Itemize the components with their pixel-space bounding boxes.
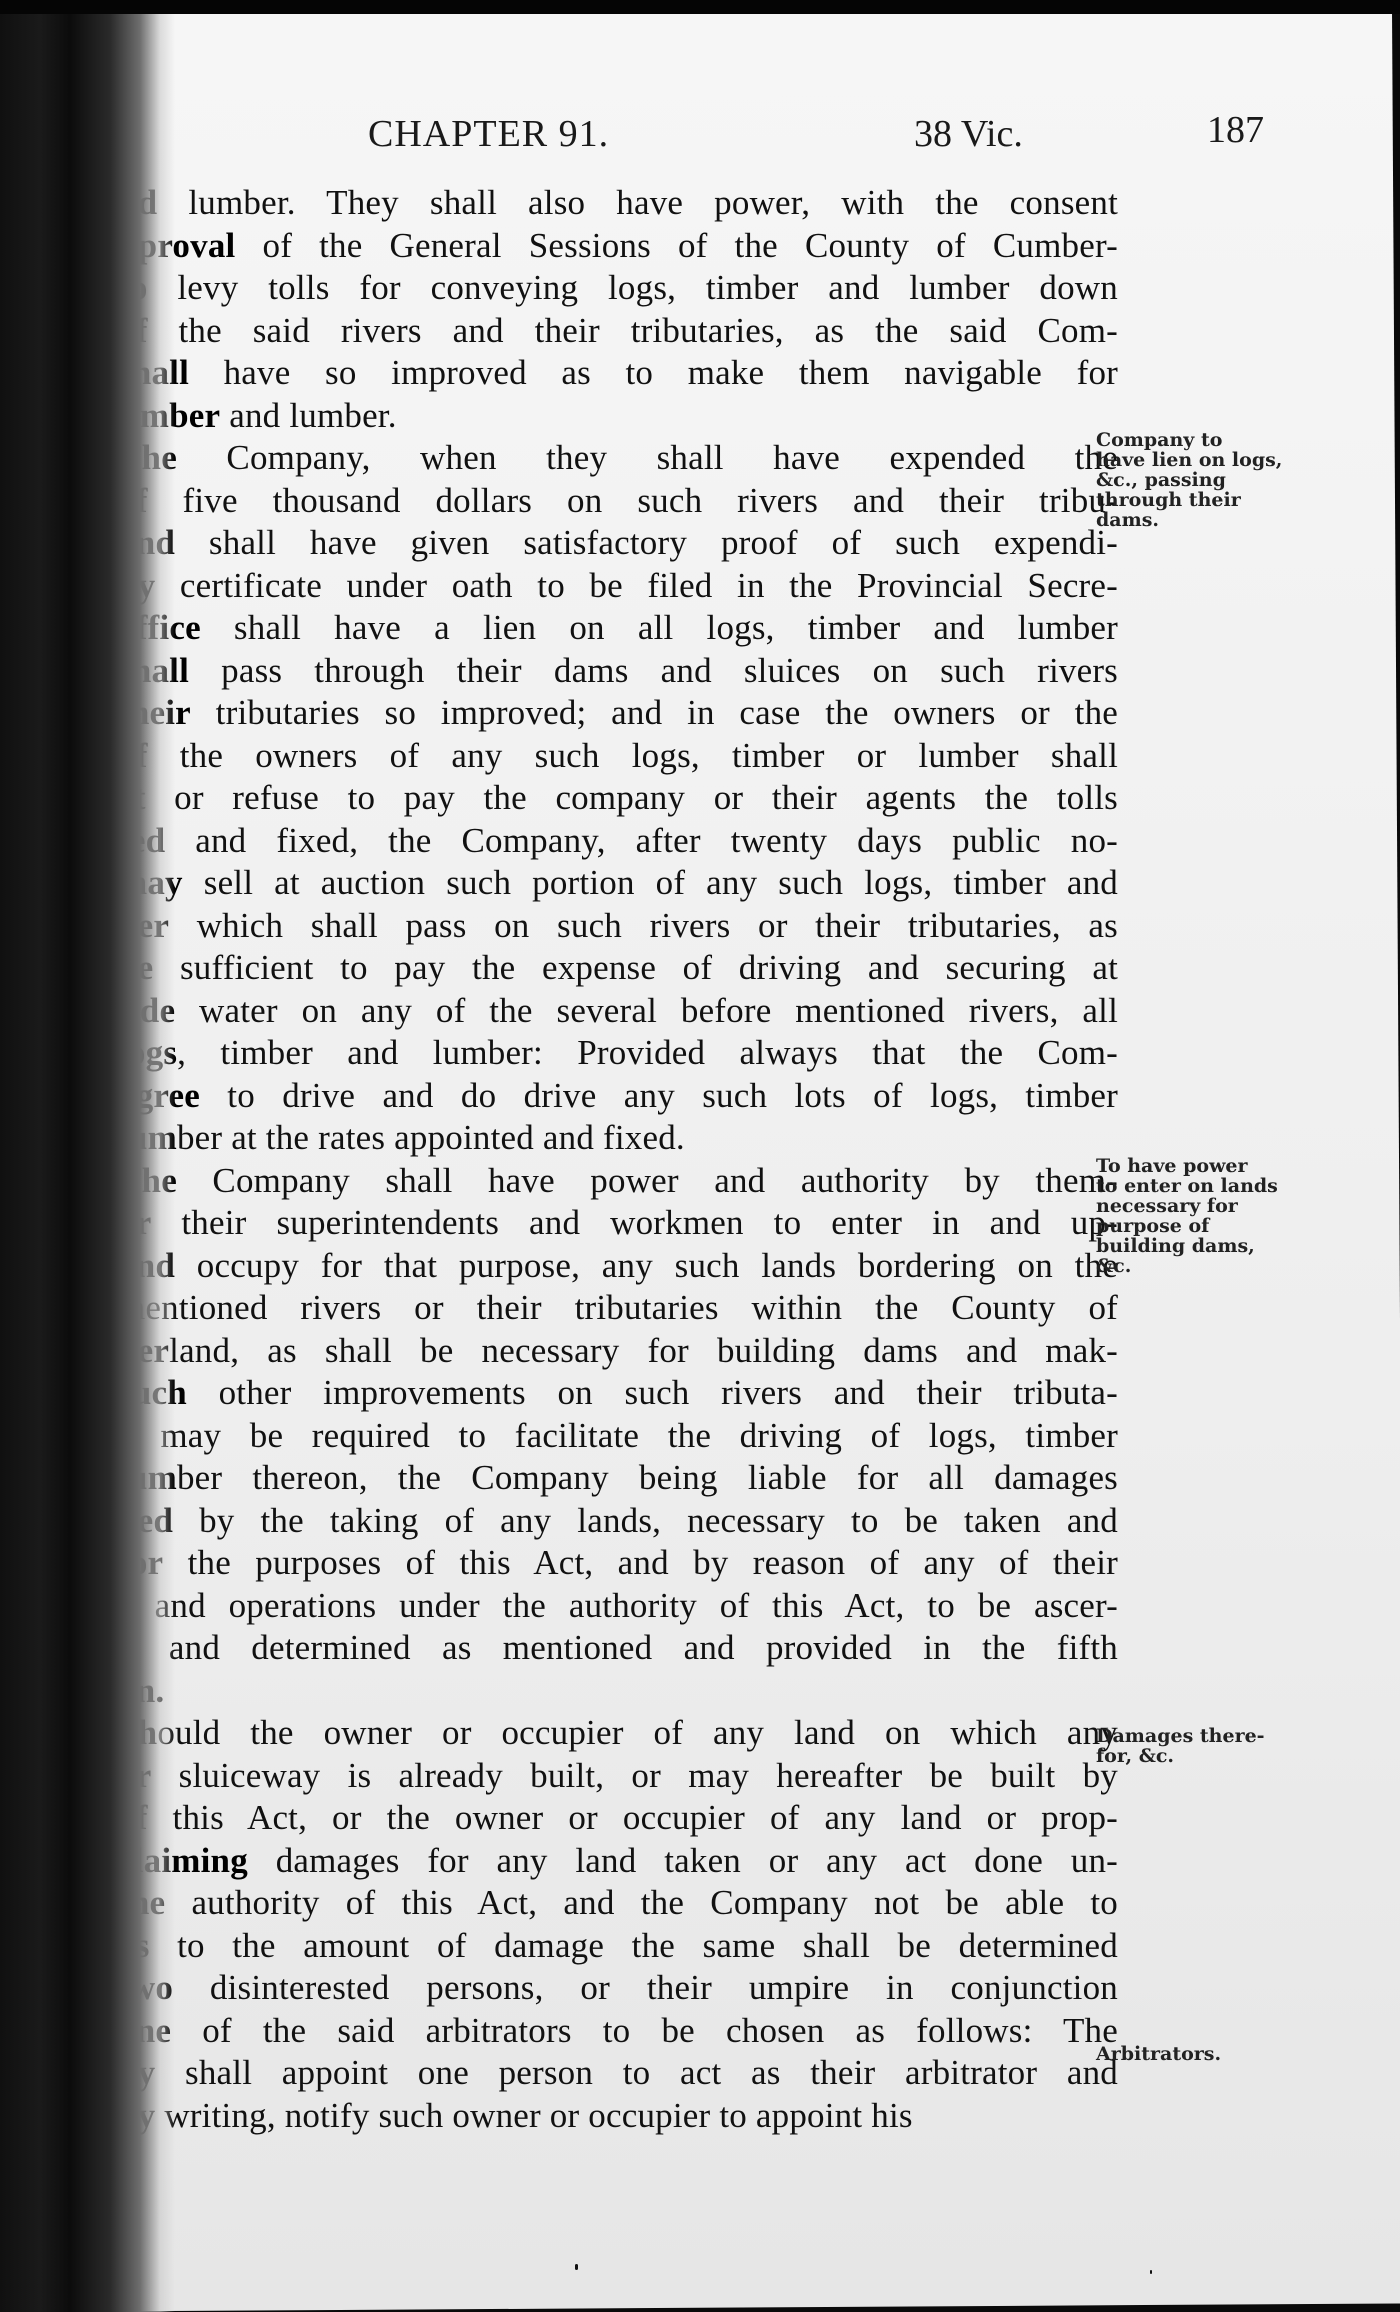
text-line: d and determined as mentioned and provid… [118,1627,1118,1670]
paper-speck [575,2264,578,2270]
line-text: or refuse to pay the company or their ag… [146,778,1118,817]
line-text: Company shall have power and authority b… [177,1161,1118,1200]
gutter-obscured-word: and [118,1246,175,1285]
text-line: pproval of the General Sessions of the C… [118,225,1118,268]
text-line: timber and lumber. [118,395,1118,438]
running-header: 18 CHAPTER 91. 38 Vic. 187 [0,108,1400,158]
text-line: Should the owner or occupier of any land… [118,1712,1118,1755]
gutter-obscured-word: by [118,566,155,605]
gutter-obscured-word: or [118,1203,151,1242]
text-line: nd lumber. They shall also have power, w… [118,182,1118,225]
text-line: of the owners of any such logs, timber o… [118,735,1118,778]
text-line: by writing, notify such owner or occupie… [118,2095,1118,2138]
margin-note-line: &c., passing [1096,470,1316,490]
line-text: ber thereon, the Company being liable fo… [177,1458,1118,1497]
margin-note-line: to enter on lands [1096,1176,1316,1196]
line-text: sell at auction such portion of any such… [183,863,1118,902]
gutter-obscured-word: one [118,2011,171,2050]
gutter-obscured-word: ct [118,778,146,817]
text-line: ned by the taking of any lands, necessar… [118,1500,1118,1543]
gutter-obscured-word: s [118,1416,132,1455]
margin-note-arbitrators: Arbitrators. [1096,2044,1316,2064]
gutter-obscured-word: tide [118,991,175,1030]
text-line: The Company shall have power and authori… [118,1160,1118,1203]
text-line: ct or refuse to pay the company or their… [118,777,1118,820]
line-text: , timber and lumber: Provided always tha… [177,1033,1118,1072]
gutter-obscured-word: Sh [118,1713,157,1752]
regnal-year: 38 Vic. [914,112,1023,156]
line-text: and determined as mentioned and provided… [138,1628,1118,1667]
text-line: The Company, when they shall have expend… [118,437,1118,480]
text-line: agree to drive and do drive any such lot… [118,1075,1118,1118]
line-text: disinterested persons, or their umpire i… [173,1968,1118,2007]
line-text: this Act, or the owner or occupier of an… [148,1798,1118,1837]
text-line: as to the amount of damage the same shal… [118,1925,1118,1968]
gutter-obscured-word: ned [118,1501,173,1540]
margin-note-line: Company to [1096,430,1316,450]
gutter-obscured-word: may [118,863,183,902]
line-text: certificate under oath to be filed in th… [155,566,1118,605]
text-line: and shall have given satisfactory proof … [118,522,1118,565]
text-line: and occupy for that purpose, any such la… [118,1245,1118,1288]
text-line: lumber at the rates appointed and fixed. [118,1117,1118,1160]
line-text: shall have a lien on all logs, timber an… [201,608,1118,647]
line-text: and fixed, the Company, after twenty day… [165,821,1118,860]
line-text: may be required to facilitate the drivin… [132,1416,1118,1455]
line-text: Company, when they shall have expended t… [177,438,1118,477]
previous-page-fragment: 18 [8,112,42,150]
scan-top-edge [0,0,1400,14]
margin-note-damages: Damages there- for, &c. [1096,1726,1316,1766]
line-text: of the General Sessions of the County of… [235,226,1118,265]
line-text: which shall pass on such rivers or their… [169,906,1118,945]
gutter-obscured-word: pproval [118,226,235,265]
margin-note-line: for, &c. [1096,1746,1316,1766]
gutter-obscured-word: agree [118,1076,200,1115]
text-line: be sufficient to pay the expense of driv… [118,947,1118,990]
text-line: two disinterested persons, or their umpi… [118,1967,1118,2010]
margin-note-enter-lands: To have power to enter on lands necessar… [1096,1156,1316,1276]
text-line: or sluiceway is already built, or may he… [118,1755,1118,1798]
gutter-obscured-word: nd [118,183,157,222]
text-line: or their superintendents and workmen to … [118,1202,1118,1245]
line-text: and lumber. [220,396,396,435]
text-line: s may be required to facilitate the driv… [118,1415,1118,1458]
paper-speck [1150,2270,1152,2274]
text-line: of this Act, or the owner or occupier of… [118,1797,1118,1840]
line-text: five thousand dollars on such rivers and… [148,481,1118,520]
line-text: ber at the rates appointed and fixed. [177,1118,685,1157]
line-text: pass through their dams and sluices on s… [189,651,1118,690]
gutter-obscured-word: by [118,2096,155,2135]
text-line: on. [118,1670,1118,1713]
line-text: to drive and do drive any such lots of l… [200,1076,1118,1115]
text-line: the authority of this Act, and the Compa… [118,1882,1118,1925]
line-text: shall have given satisfactory proof of s… [175,523,1118,562]
gutter-obscured-word: be [118,948,153,987]
line-text: levy tolls for conveying logs, timber an… [148,268,1118,307]
gutter-obscured-word: ny [118,2053,155,2092]
text-line: of five thousand dollars on such rivers … [118,480,1118,523]
text-line: lumber thereon, the Company being liable… [118,1457,1118,1500]
gutter-obscured-word: on. [118,1671,164,1710]
gutter-obscured-word: of [118,736,148,775]
text-line: of the said rivers and their tributaries… [118,310,1118,353]
line-text: other improvements on such rivers and th… [187,1373,1118,1412]
line-text: to the amount of damage the same shall b… [150,1926,1118,1965]
gutter-obscured-word: lum [118,1458,177,1497]
margin-note-line: To have power [1096,1156,1316,1176]
margin-note-line: have lien on logs, [1096,450,1316,470]
statute-body-text: nd lumber. They shall also have power, w… [118,182,1118,2137]
gutter-obscured-word: of [118,481,148,520]
line-text: shall appoint one person to act as their… [155,2053,1118,2092]
gutter-obscured-word: The [118,438,177,477]
text-line: one of the said arbitrators to be chosen… [118,2010,1118,2053]
line-text: writing, notify such owner or occupier t… [155,2096,912,2135]
margin-note-line: necessary for [1096,1196,1316,1216]
line-text: their superintendents and workmen to ent… [151,1203,1118,1242]
line-text: sufficient to pay the expense of driving… [153,948,1118,987]
margin-note-line: purpose of [1096,1216,1316,1236]
gutter-obscured-word: to [118,268,148,307]
text-line: tide water on any of the several before … [118,990,1118,1033]
gutter-obscured-word: shall [118,353,189,392]
text-line: claiming damages for any land taken or a… [118,1840,1118,1883]
line-text: tributaries so improved; and in case the… [191,693,1118,732]
text-line: shall pass through their dams and sluice… [118,650,1118,693]
gutter-obscured-word: The [118,1161,177,1200]
text-line: berland, as shall be necessary for build… [118,1330,1118,1373]
chapter-title: CHAPTER 91. [368,112,609,156]
gutter-obscured-word: timber [118,396,220,435]
text-line: logs, timber and lumber: Provided always… [118,1032,1118,1075]
line-text: lumber. They shall also have power, with… [157,183,1118,222]
gutter-obscured-word: d [118,1628,138,1667]
gutter-obscured-word: claiming [118,1841,248,1880]
line-text: mentioned rivers or their tributaries wi… [118,1288,1118,1327]
text-line: their tributaries so improved; and in ca… [118,692,1118,735]
line-text: damages for any land taken or any act do… [248,1841,1118,1880]
margin-note-line: Arbitrators. [1096,2044,1316,2064]
line-text: occupy for that purpose, any such lands … [175,1246,1118,1285]
text-line: for the purposes of this Act, and by rea… [118,1542,1118,1585]
line-text: land, as shall be necessary for building… [169,1331,1118,1370]
text-line: by certificate under oath to be filed in… [118,565,1118,608]
margin-note-lien: Company to have lien on logs, &c., passi… [1096,430,1316,530]
text-line: ny shall appoint one person to act as th… [118,2052,1118,2095]
gutter-obscured-word: ber [118,1331,169,1370]
line-text: authority of this Act, and the Company n… [165,1883,1118,1922]
margin-note-line: Damages there- [1096,1726,1316,1746]
margin-note-line: through their [1096,490,1316,510]
gutter-obscured-word: and [118,523,175,562]
gutter-obscured-word: of [118,1798,148,1837]
gutter-obscured-word: or [118,1756,151,1795]
line-text: have so improved as to make them navigab… [189,353,1118,392]
gutter-obscured-word: office [118,608,201,647]
text-line: office shall have a lien on all logs, ti… [118,607,1118,650]
line-text: sluiceway is already built, or may herea… [151,1756,1118,1795]
gutter-obscured-word: ted [118,821,165,860]
gutter-obscured-word: shall [118,651,189,690]
line-text: water on any of the several before menti… [175,991,1118,1030]
text-line: s and operations under the authority of … [118,1585,1118,1628]
text-line: to levy tolls for conveying logs, timber… [118,267,1118,310]
page-number: 187 [1207,108,1264,152]
gutter-obscured-word: of [118,311,148,350]
gutter-obscured-word: their [118,693,191,732]
gutter-obscured-word: two [118,1968,173,2007]
gutter-obscured-word: as [118,1926,150,1965]
gutter-obscured-word: ber [118,906,169,945]
gutter-obscured-word: logs [118,1033,177,1072]
line-text: the purposes of this Act, and by reason … [163,1543,1118,1582]
margin-note-line: &c. [1096,1256,1316,1276]
gutter-obscured-word: s [118,1586,132,1625]
gutter-obscured-word: the [118,1883,165,1922]
line-text: the said rivers and their tributaries, a… [148,311,1118,350]
text-line: may sell at auction such portion of any … [118,862,1118,905]
text-line: ted and fixed, the Company, after twenty… [118,820,1118,863]
gutter-obscured-word: for [118,1543,163,1582]
gutter-obscured-word: such [118,1373,187,1412]
line-text: the owners of any such logs, timber or l… [148,736,1118,775]
text-line: mentioned rivers or their tributaries wi… [118,1287,1118,1330]
line-text: ould the owner or occupier of any land o… [157,1713,1118,1752]
gutter-obscured-word: lum [118,1118,177,1157]
margin-note-line: dams. [1096,510,1316,530]
text-line: such other improvements on such rivers a… [118,1372,1118,1415]
line-text: and operations under the authority of th… [132,1586,1118,1625]
line-text: by the taking of any lands, necessary to… [173,1501,1118,1540]
text-line: shall have so improved as to make them n… [118,352,1118,395]
line-text: of the said arbitrators to be chosen as … [171,2011,1118,2050]
margin-note-line: building dams, [1096,1236,1316,1256]
text-line: ber which shall pass on such rivers or t… [118,905,1118,948]
